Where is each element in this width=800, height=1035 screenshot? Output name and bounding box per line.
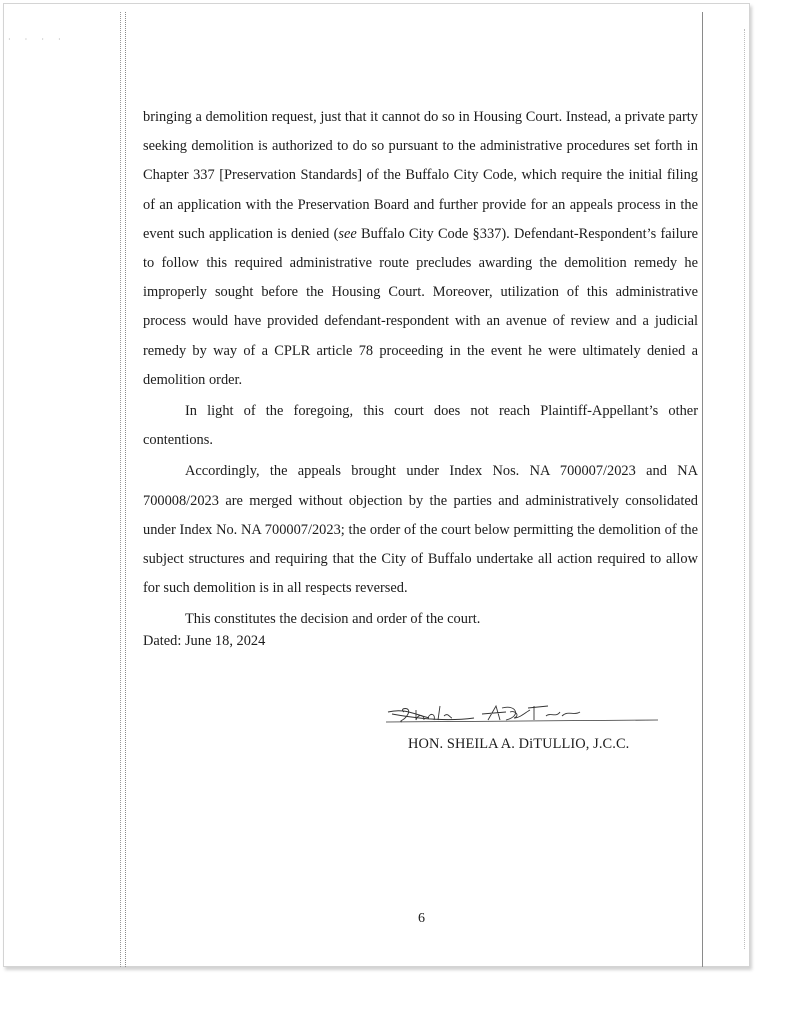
document-body: bringing a demolition request, just that… — [143, 103, 698, 637]
scan-margin-line-left — [120, 12, 121, 967]
paragraph-text: Buffalo City Code §337). Defendant-Respo… — [143, 226, 698, 388]
scan-margin-line-left-inner — [125, 12, 126, 967]
paragraph-text: This constitutes the decision and order … — [185, 611, 480, 627]
paragraph-text: Accordingly, the appeals brought under I… — [143, 463, 698, 596]
judge-name: HON. SHEILA A. DiTULLIO, J.C.C. — [408, 736, 629, 753]
paragraph: In light of the foregoing, this court do… — [143, 397, 698, 455]
paragraph: Accordingly, the appeals brought under I… — [143, 457, 698, 603]
signature-icon — [384, 700, 660, 730]
date-line: Dated: June 18, 2024 — [143, 633, 265, 650]
scan-margin-line-right — [702, 12, 703, 967]
scan-margin-line-right-outer — [744, 29, 745, 949]
paragraph-text: bringing a demolition request, just that… — [143, 109, 698, 242]
page-number: 6 — [418, 911, 425, 927]
paragraph: This constitutes the decision and order … — [143, 605, 698, 634]
scan-specks: · · · · — [8, 35, 67, 44]
paragraph-text: In light of the foregoing, this court do… — [143, 403, 698, 448]
paragraph: bringing a demolition request, just that… — [143, 103, 698, 395]
italic-citation-signal: see — [338, 226, 356, 242]
